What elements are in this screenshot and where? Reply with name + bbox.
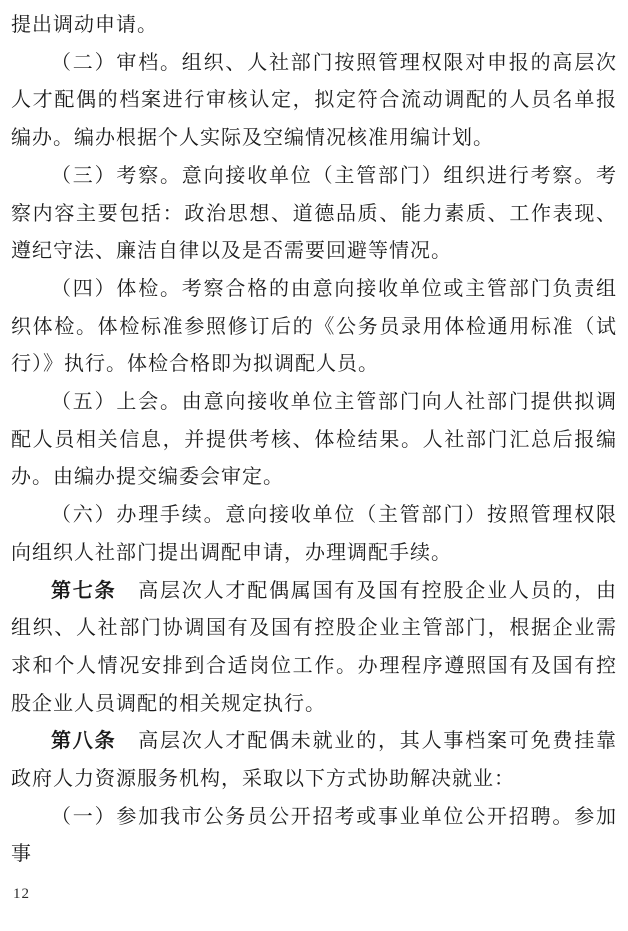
paragraph-item-6-procedures: （六）办理手续。意向接收单位（主管部门）按照管理权限向组织人社部门提出调配申请，…: [11, 497, 617, 572]
paragraph-item-5-committee: （五）上会。由意向接收单位主管部门向人社部门提供拟调配人员相关信息，并提供考核、…: [11, 384, 617, 497]
paragraph-text: （六）办理手续。意向接收单位（主管部门）按照管理权限向组织人社部门提出调配申请，…: [11, 504, 617, 564]
paragraph-article-8: 第八条 高层次人才配偶未就业的，其人事档案可免费挂靠政府人力资源服务机构，采取以…: [11, 723, 617, 798]
document-page: 提出调动申请。 （二）审档。组织、人社部门按照管理权限对申报的高层次人才配偶的档…: [0, 0, 628, 931]
paragraph-text: （四）体检。考察合格的由意向接收单位或主管部门负责组织体检。体检标准参照修订后的…: [11, 278, 617, 375]
paragraph-item-1-recruitment: （一）参加我市公务员公开招考或事业单位公开招聘。参加事: [11, 799, 617, 874]
paragraph-text: 提出调动申请。: [11, 14, 158, 36]
paragraph-text: （五）上会。由意向接收单位主管部门向人社部门提供拟调配人员相关信息，并提供考核、…: [11, 391, 617, 488]
paragraph-item-2-audit: （二）审档。组织、人社部门按照管理权限对申报的高层次人才配偶的档案进行审核认定，…: [11, 45, 617, 158]
page-number: 12: [13, 886, 30, 903]
paragraph-article-7: 第七条 高层次人才配偶属国有及国有控股企业人员的，由组织、人社部门协调国有及国有…: [11, 573, 617, 724]
paragraph-item-3-inspection: （三）考察。意向接收单位（主管部门）组织进行考察。考察内容主要包括：政治思想、道…: [11, 158, 617, 271]
paragraph-continuation: 提出调动申请。: [11, 7, 617, 45]
paragraph-text: （三）考察。意向接收单位（主管部门）组织进行考察。考察内容主要包括：政治思想、道…: [11, 165, 617, 262]
article-7-heading: 第七条: [51, 580, 116, 602]
paragraph-text: （二）审档。组织、人社部门按照管理权限对申报的高层次人才配偶的档案进行审核认定，…: [11, 52, 617, 149]
paragraph-text: （一）参加我市公务员公开招考或事业单位公开招聘。参加事: [11, 806, 617, 866]
paragraph-item-4-physical-exam: （四）体检。考察合格的由意向接收单位或主管部门负责组织体检。体检标准参照修订后的…: [11, 271, 617, 384]
document-body: 提出调动申请。 （二）审档。组织、人社部门按照管理权限对申报的高层次人才配偶的档…: [11, 7, 617, 874]
article-8-heading: 第八条: [51, 730, 116, 752]
